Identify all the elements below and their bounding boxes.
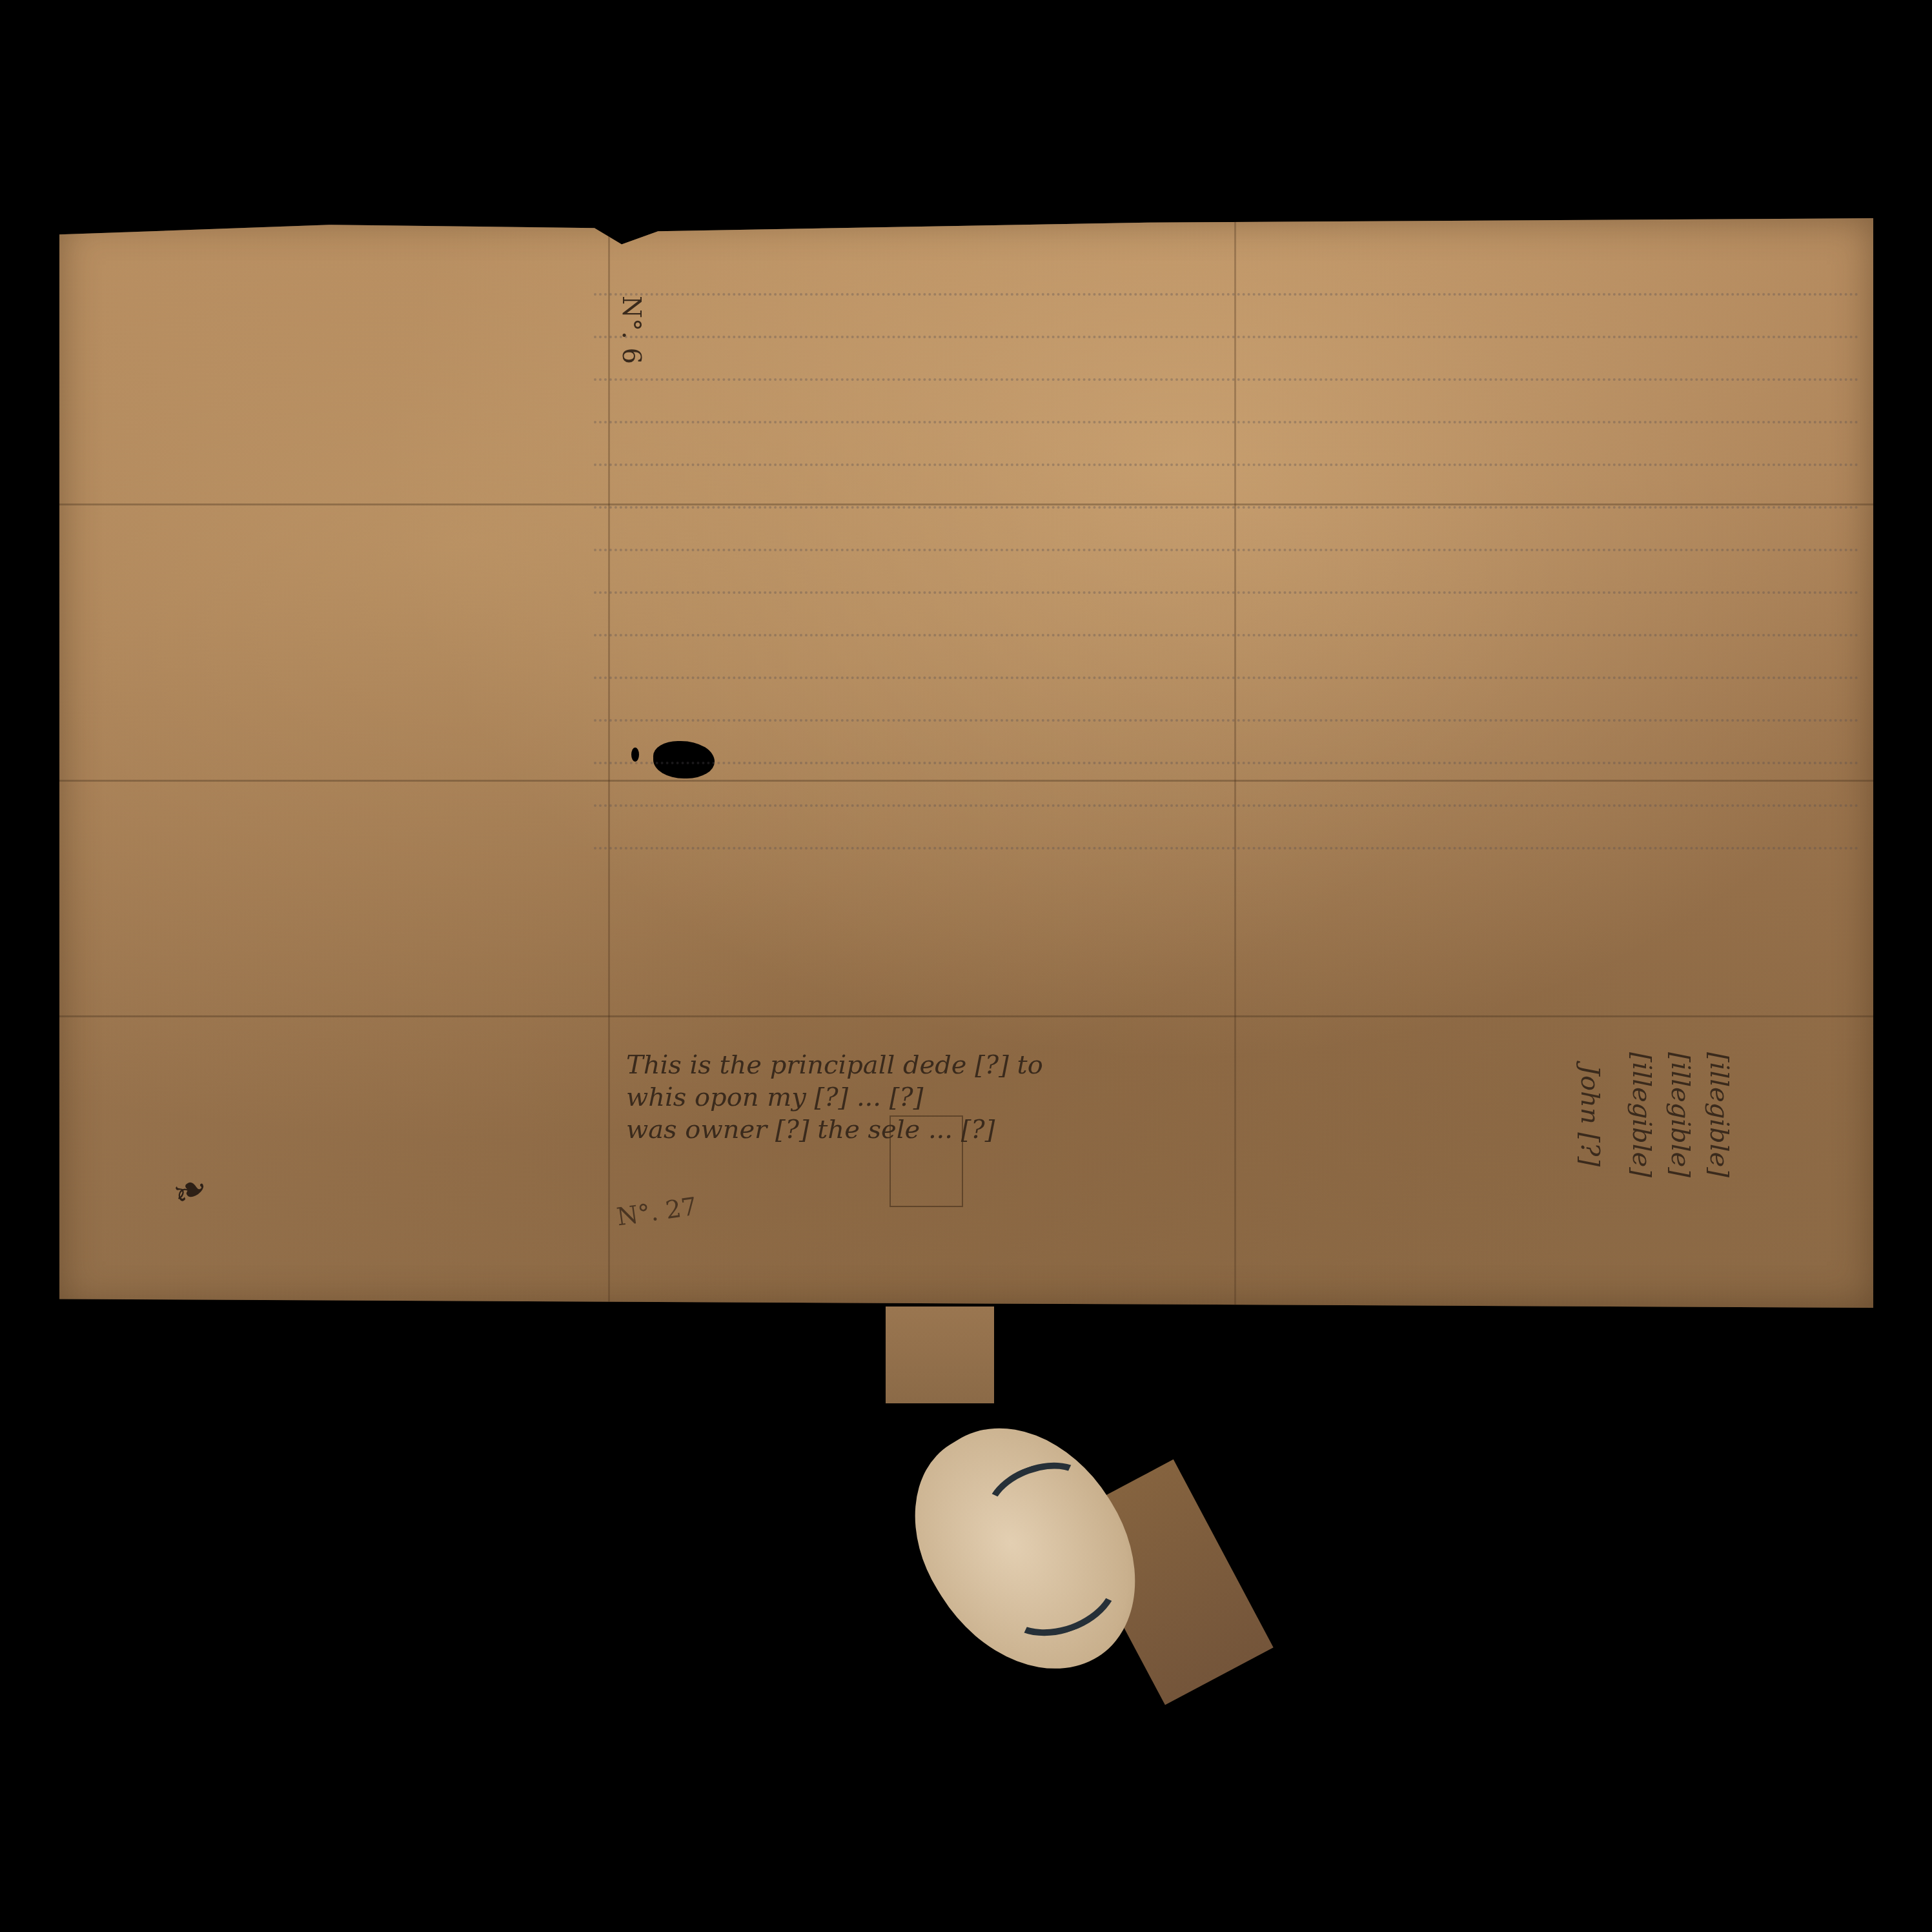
fold-crease: [59, 1015, 1873, 1017]
endorsement-line: whis opon my [?] ... [?]: [626, 1081, 1043, 1113]
right-endorsement-line: John [?]: [1575, 1065, 1605, 1166]
right-endorsement-line: [illegible]: [1704, 1052, 1734, 1177]
right-endorsement-line: [illegible]: [1665, 1052, 1695, 1177]
main-endorsement: This is the principall dede [?] to whis …: [626, 1049, 1043, 1146]
endorsement-line: This is the principall dede [?] to: [626, 1049, 1043, 1081]
recto-showthrough: [594, 284, 1859, 880]
right-endorsement-line: [illegible]: [1627, 1052, 1656, 1177]
seal-window-outline: [890, 1115, 963, 1207]
seal-tag: [886, 1307, 994, 1403]
endorsement-line: was owner [?] the sele ... [?]: [626, 1113, 1043, 1146]
shelfmark-number: N°. 6: [616, 296, 646, 364]
